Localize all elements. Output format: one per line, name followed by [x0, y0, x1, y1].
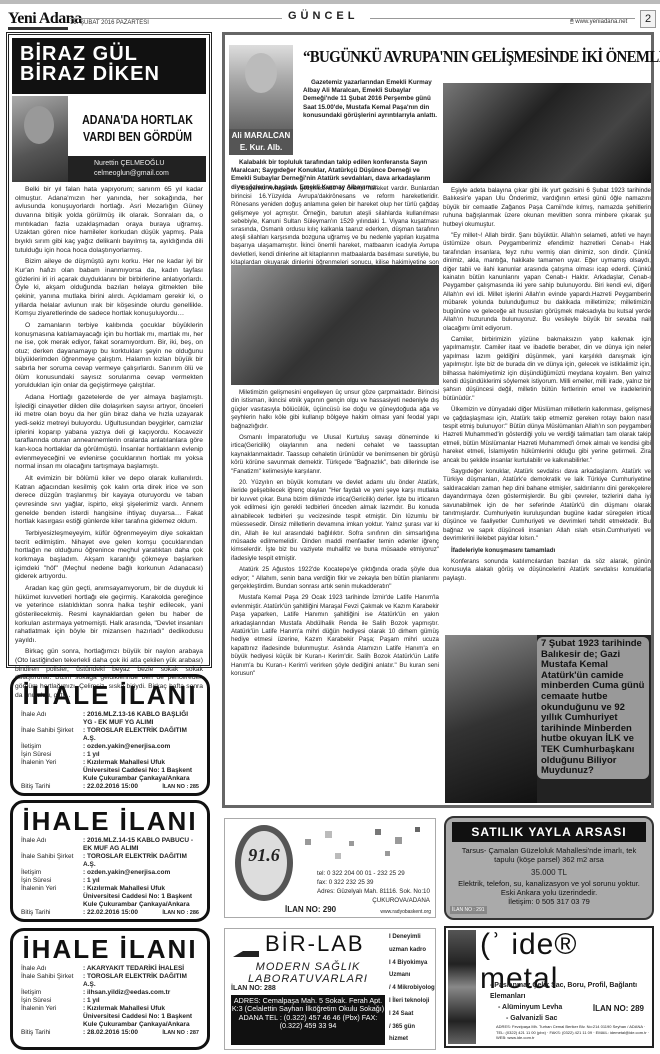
land-sale-title: SATILIK YAYLA ARSASI: [452, 822, 646, 842]
series-title-line2: BİRAZ DİKEN: [20, 64, 198, 84]
tender-deadline-row: Bitiş Tarihi: 28.02.2016 15:00İLAN NO : …: [21, 1029, 199, 1037]
tender-row: İşin Süresi: 1 yıl: [21, 997, 199, 1005]
product-item: - Galvanizli Sac: [490, 1013, 652, 1024]
paragraph: O zamanların terbiye kalıbında çocuklar …: [15, 322, 203, 391]
paragraph: Saygıdeğer konuklar, Atatürk sevdalısı d…: [443, 468, 651, 544]
birlab-subtitle: MODERN SAĞLIK LABORATUVARLARI: [231, 961, 385, 985]
page-header: Yeni Adana 15. ŞUBAT 2016 PAZARTESİ GÜNC…: [0, 0, 660, 26]
speaker-name: Ali MARALCAN: [229, 130, 293, 142]
paragraph: Osmanlı İmparatorluğu ve Ulusal Kurtuluş…: [231, 434, 439, 476]
issue-date: 15. ŞUBAT 2016 PAZARTESİ: [70, 20, 149, 26]
ilan-number: İLAN NO: 289: [593, 1004, 644, 1013]
ilan-number: İLAN NO : 287: [162, 1029, 199, 1037]
lab-logo-icon: [233, 935, 259, 957]
callout-text: 7 Şubat 1923 tarihinde Balıkesir de; Gaz…: [537, 637, 649, 779]
page-number: 2: [640, 10, 656, 28]
tender-ad: İHALE İLANI İhale Adı: 2016.MLZ.14-15 KA…: [10, 800, 210, 922]
feature-item: / 365 gün hizmet: [389, 1021, 435, 1047]
ilan-number: İLAN NO: 288: [231, 985, 276, 992]
tender-title: İHALE İLANI: [21, 933, 199, 965]
speaker-caption: Ali MARALCAN E. Kur. Alb.: [229, 129, 293, 155]
section-title: GÜNCEL: [288, 10, 358, 22]
paragraph: Atatürk 25 Ağustos 1922'de Kocatepe'ye ç…: [231, 566, 439, 591]
author-email[interactable]: celmeoglun@gmail.com: [94, 169, 206, 179]
feature-item: I 4 Biyokimya Uzmanı: [389, 957, 435, 983]
author-box: ADANA'DA HORTLAK VARDI BEN GÖRDÜM Nurett…: [12, 96, 206, 182]
author-photo: [12, 96, 68, 182]
land-details: Elektrik, telefon, su, kanalizasyon ve y…: [446, 879, 652, 897]
logo-underline: [8, 27, 68, 30]
feature-item: I İleri teknoloji: [389, 995, 435, 1008]
paragraph: Aradan kaç gün geçti, anımsayamıyorum, b…: [15, 585, 203, 646]
paragraph: Alt evimizin bir bölümü kiler ve depo ol…: [15, 475, 203, 527]
land-sale-ad[interactable]: SATILIK YAYLA ARSASI Tarsus- Çamalan Güz…: [444, 816, 654, 920]
header-rule-left: [70, 18, 282, 19]
tender-row: İhale Adı: 2016.MLZ.14-15 KABLO PABUCU -…: [21, 837, 199, 853]
paragraph: Konferans sonunda katılımcılardan bazıla…: [443, 558, 651, 583]
ilan-number: İLAN NO: 290: [285, 905, 336, 914]
ataturk-portrait-callout: 7 Şubat 1923 tarihinde Balıkesir de; Gaz…: [445, 635, 651, 803]
paragraph: Ülkemizin ve dünyadaki diğer Müslüman mi…: [443, 406, 651, 465]
paragraph: "Bugünkü Avrupa'nın gelişmesinde iki öne…: [231, 185, 439, 275]
paragraph: "Ey millet~! Allah birdir. Şanı büyüktür…: [443, 232, 651, 333]
tender-row: İhalenin Yeri: Kızılırmak Mahallesi Ufuk…: [21, 759, 199, 783]
speaker-rank: E. Kur. Alb.: [229, 142, 293, 154]
tender-row: İhale Sahibi Şirket: TOROSLAR ELEKTRİK D…: [21, 973, 199, 989]
tender-row: İletişim: ozden.yakin@enerjisa.com: [21, 869, 199, 877]
ide-product-list: - Paslanmaz Çelik Sac, Boru, Profil, Bağ…: [490, 980, 652, 1024]
birlab-name: BİR-LAB: [265, 931, 365, 957]
tender-row: İşin Süresi: 1 yıl: [21, 877, 199, 885]
column-headline: ADANA'DA HORTLAK VARDI BEN GÖRDÜM: [78, 112, 197, 146]
headline-line1: ADANA'DA HORTLAK: [78, 112, 197, 129]
author-byline: Nurettin ÇELMEOĞLU celmeoglun@gmail.com: [68, 156, 206, 182]
ide-metal-ad[interactable]: (ʾ ide® metal - Paslanmaz Çelik Sac, Bor…: [444, 926, 654, 1048]
historic-photo-crowd: [443, 83, 651, 183]
ilan-number: İLAN NO : 291: [450, 906, 487, 914]
article-body-right: Eşiyle adeta balayına çıkar gibi ilk yur…: [443, 187, 651, 586]
product-item: - Paslanmaz Çelik Sac, Boru, Profil, Bağ…: [490, 980, 652, 1002]
paragraph: Terbiyesizleşmeyeyim, küfür öğrenmeyeyim…: [15, 530, 203, 582]
column-body: Belki bir yıl falan hata yapıyorum; sanı…: [12, 186, 206, 700]
tender-deadline-row: Bitiş Tarihi: 22.02.2016 15:00İLAN NO : …: [21, 909, 199, 917]
radio-ad[interactable]: 91.6 tel: 0 322 204 00 01 - 232 25 29 fa…: [224, 818, 436, 918]
main-article: Ali MARALCAN E. Kur. Alb. “BUGÜNKÜ AVRUP…: [222, 32, 654, 808]
tender-row: İhale Adı: 2016.MLZ.13-16 KABLO BAŞLIĞI …: [21, 711, 199, 727]
paragraph: 20. Yüzyılın en büyük komutanı ve devlet…: [231, 479, 439, 563]
author-name: Nurettin ÇELMEOĞLU: [94, 159, 206, 169]
paragraph: Belki bir yıl falan hata yapıyorum; sanı…: [15, 186, 203, 255]
tender-ad: İHALE İLANI İhale Adı: AKARYAKIT TEDARİK…: [10, 928, 210, 1050]
column-series-title: BİRAZ GÜL BİRAZ DİKEN: [12, 38, 206, 94]
feature-item: I Deneyimli uzman kadro: [389, 931, 435, 957]
speaker-photo: [229, 45, 293, 129]
tender-row: İletişim: ilhsan.yildiz@eedas.com.tr: [21, 989, 199, 997]
historic-photo-ataturk: [231, 265, 439, 385]
radio-website[interactable]: www.radyobaskent.org: [380, 909, 431, 915]
land-description: Tarsus- Çamalan Güzeloluk Mahallesi'nde …: [446, 846, 652, 864]
opinion-column: BİRAZ GÜL BİRAZ DİKEN ADANA'DA HORTLAK V…: [6, 32, 212, 668]
paragraph-bold: İfadeleriyle konuşmasını tamamladı: [443, 547, 651, 555]
tender-row: İhale Adı: AKARYAKIT TEDARİKİ İHALESİ: [21, 965, 199, 973]
ilan-number: İLAN NO : 286: [162, 909, 199, 917]
tender-title: İHALE İLANI: [21, 805, 199, 837]
article-body-left-b: Miletimizin gelişmesini engelleyen üç un…: [231, 389, 439, 681]
metal-pipes-image: [448, 930, 476, 1044]
radio-contact: tel: 0 322 204 00 01 - 232 25 29 fax: 0 …: [317, 869, 430, 905]
paragraph: Eşiyle adeta balayına çıkar gibi ilk yur…: [443, 187, 651, 229]
paragraph: Mustafa Kemal Paşa 29 Ocak 1923 tarihind…: [231, 594, 439, 678]
feature-item: / 4 Mikrobiyolog: [389, 982, 435, 995]
tender-deadline-row: Bitiş Tarihi: 22.02.2016 15:00İLAN NO : …: [21, 783, 199, 791]
tender-row: İşin Süresi: 1 yıl: [21, 751, 199, 759]
tender-row: İhale Sahibi Şirket: TOROSLAR ELEKTRİK D…: [21, 727, 199, 743]
feature-item: I 24 Saat: [389, 1008, 435, 1021]
article-headline: “BUGÜNKÜ AVRUPA'NIN GELİŞMESİNDE İKİ ÖNE…: [303, 47, 611, 67]
paragraph: Camiler, birbirimizin yüzüne bakmaksızın…: [443, 336, 651, 403]
land-contact: İletişim: 0 505 317 03 79: [446, 897, 652, 906]
ide-contact: ADRES: Fevzipaşa Mh. Turhan Cemal Berike…: [496, 1024, 652, 1041]
tender-ad: İHALE İLANI İhale Adı: 2016.MLZ.13-16 KA…: [10, 674, 210, 796]
paragraph: Adana Hortlağı gazetelerde de yer almaya…: [15, 394, 203, 472]
paragraph: Miletimizin gelişmesini engelleyen üç un…: [231, 389, 439, 431]
birlab-address: ADRES: Cemalpaşa Mah. 5 Sokak. Ferah Apt…: [231, 995, 385, 1045]
paragraph: Gazetemiz yazarlarından Emekli Kurmay Al…: [303, 79, 439, 120]
website-text: www.yeniadana.net: [575, 19, 627, 25]
website-link[interactable]: 🖱 www.yeniadana.net: [570, 19, 627, 26]
headline-line2: VARDI BEN GÖRDÜM: [78, 129, 197, 146]
paragraph: Bizim aileye de düşmüştü aynı korku. Her…: [15, 258, 203, 319]
ilan-number: İLAN NO : 285: [162, 783, 199, 791]
birlab-features: I Deneyimli uzman kadro I 4 Biyokimya Uz…: [389, 931, 435, 1046]
land-price: 35.000 TL: [446, 868, 652, 877]
ataturk-portrait: [445, 635, 537, 803]
series-title-line1: BİRAZ GÜL: [20, 44, 198, 64]
birlab-ad[interactable]: BİR-LAB MODERN SAĞLIK LABORATUVARLARI İL…: [224, 928, 436, 1050]
tender-title: İHALE İLANI: [21, 679, 199, 711]
tender-row: İhalenin Yeri: Kızılırmak Mahallesi Ufuk…: [21, 1005, 199, 1029]
headphones-logo: 91.6: [235, 825, 293, 901]
tender-row: İhale Sahibi Şirket: TOROSLAR ELEKTRİK D…: [21, 853, 199, 869]
tender-row: İhalenin Yeri: Kızılırmak Mahallesi Ufuk…: [21, 885, 199, 909]
article-intro: Gazetemiz yazarlarından Emekli Kurmay Al…: [303, 79, 439, 122]
tender-row: İletişim: ozden.yakin@enerjisa.com: [21, 743, 199, 751]
